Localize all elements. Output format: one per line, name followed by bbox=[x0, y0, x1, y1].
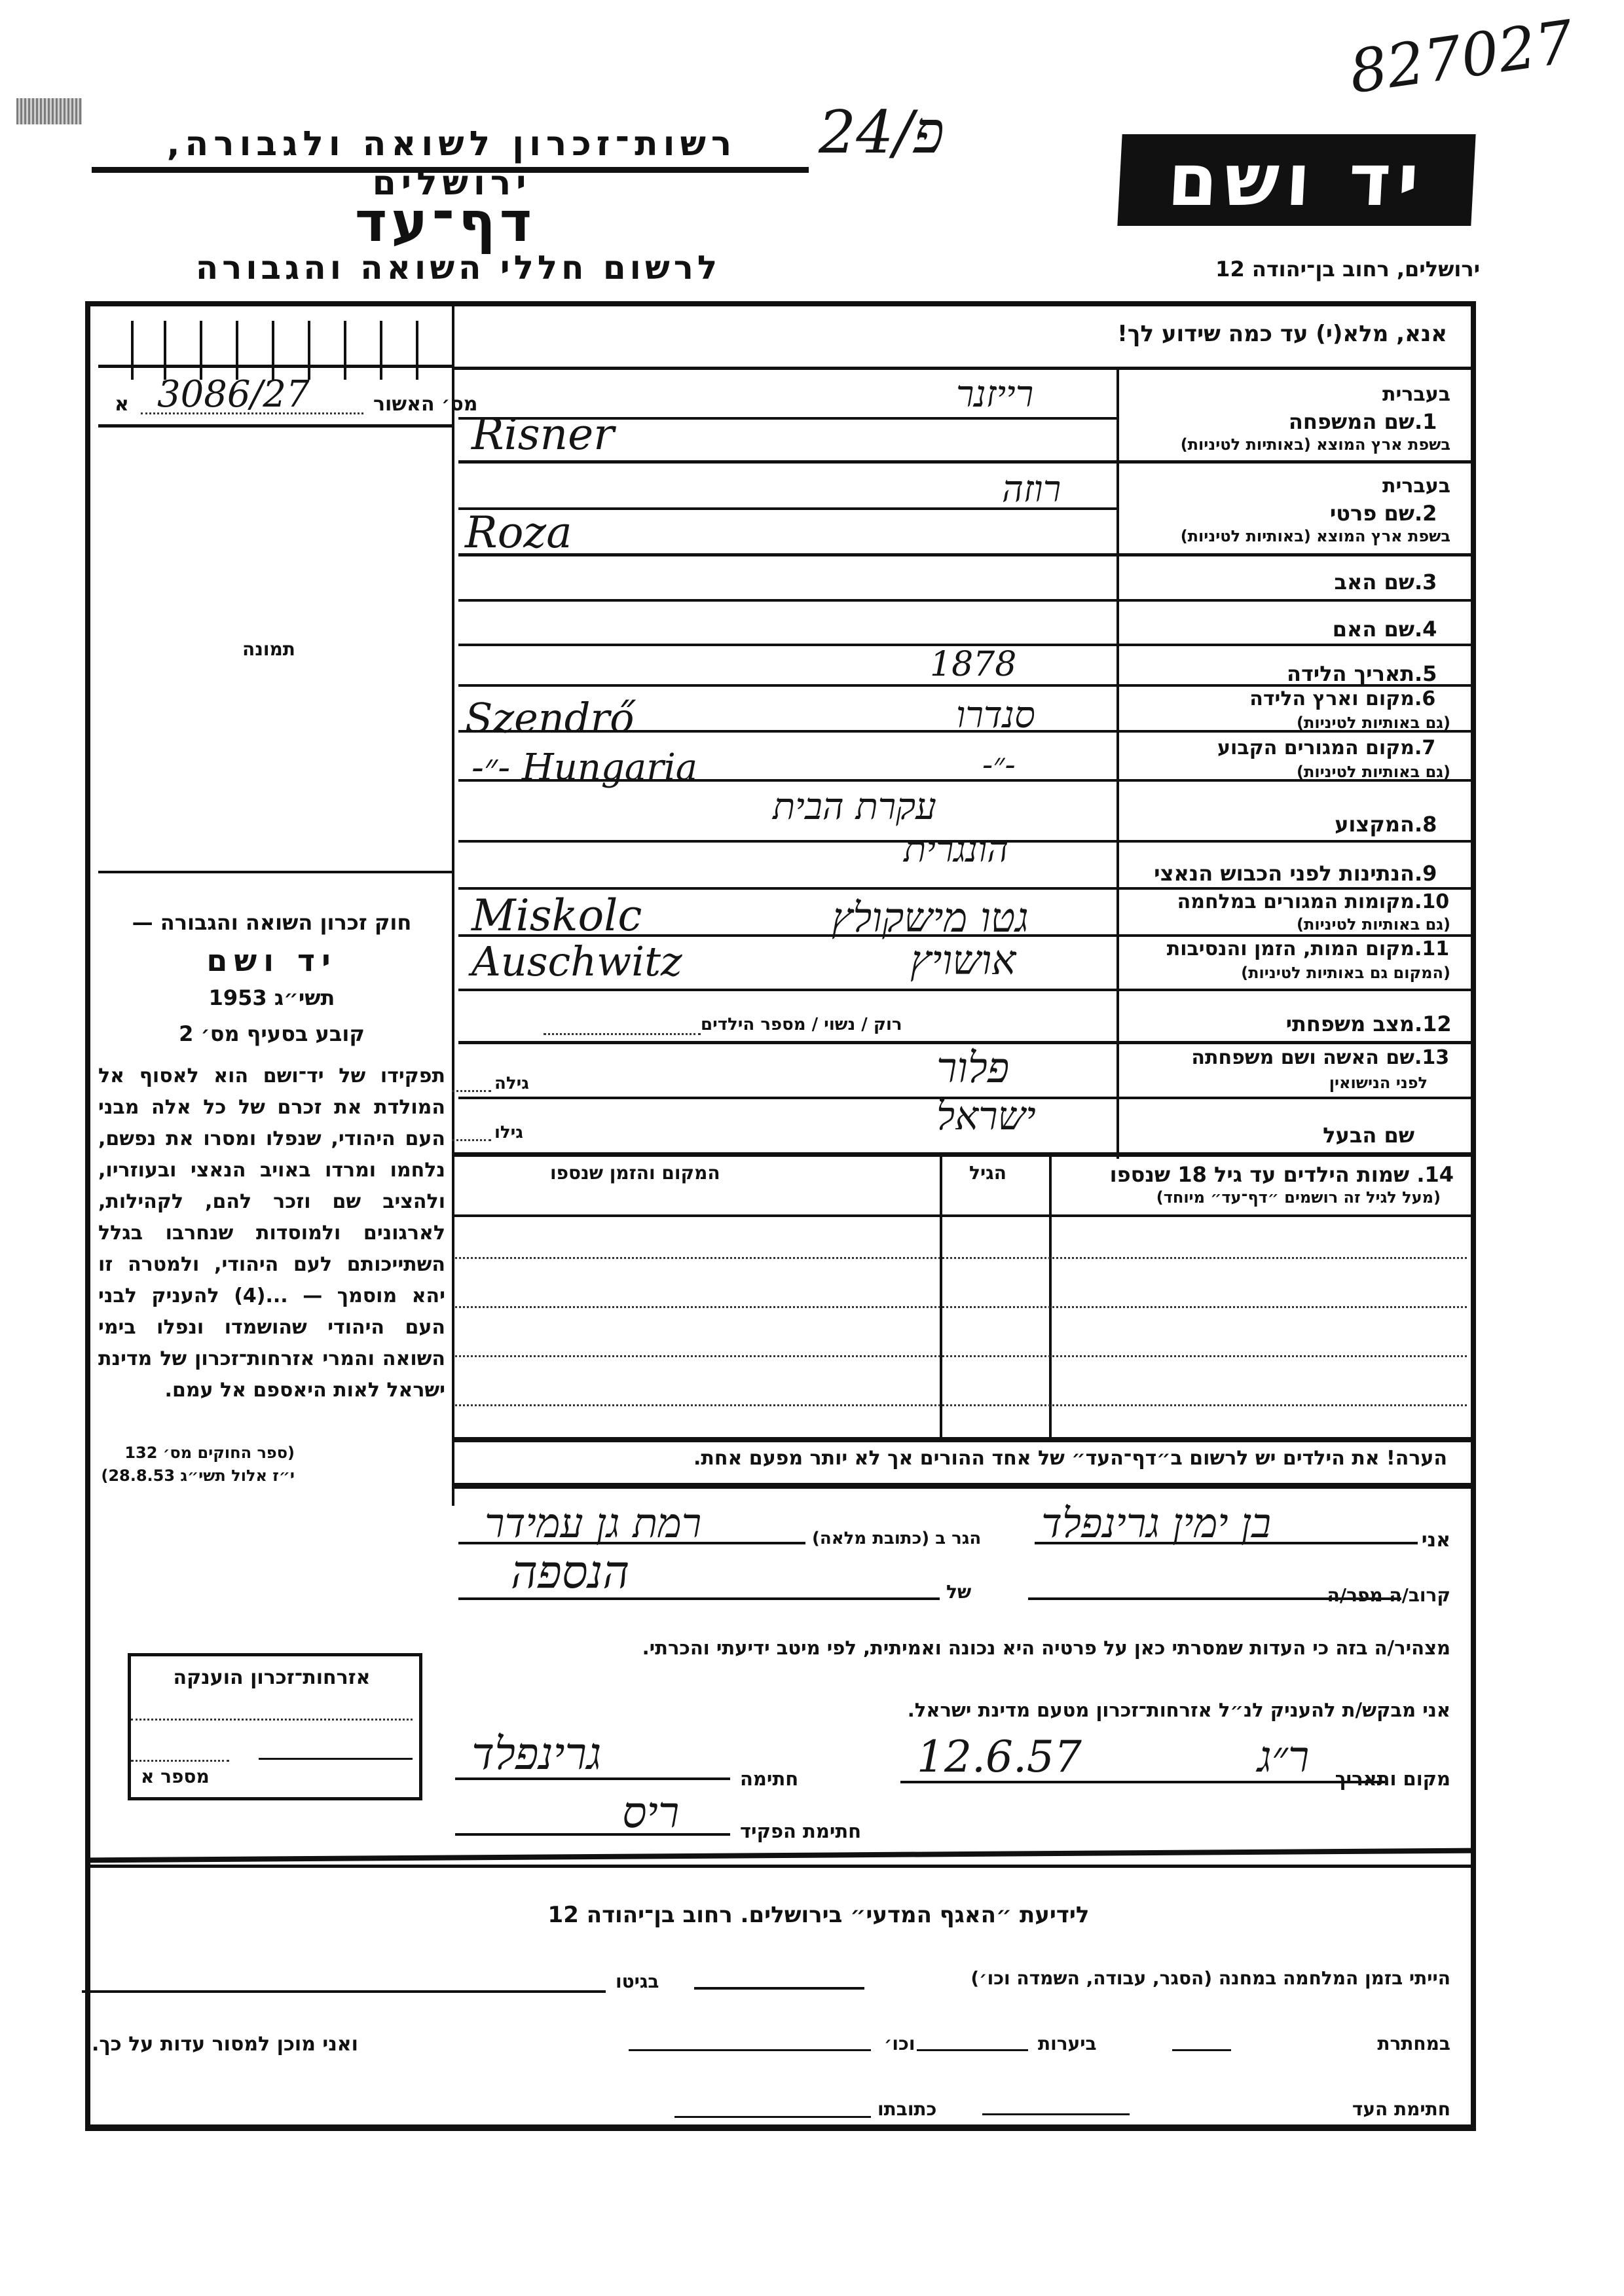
address: ירושלים, רחוב בן־יהודה 12 bbox=[1126, 257, 1480, 282]
footer-line2-c: וכו׳ bbox=[884, 2033, 915, 2054]
field-2-value-latin[interactable]: Roza bbox=[465, 507, 572, 558]
law-title: חוק זכרון השואה והגבורה — bbox=[98, 910, 445, 935]
children-sub: (מעל לגיל זה רושמים ״דף־עד״ מיוחד) bbox=[1156, 1188, 1441, 1207]
form-subtitle: לרשום חללי השואה והגבורה bbox=[164, 249, 753, 287]
footer-line1-a: הייתי בזמן המלחמה במחנה (הסגר, עבודה, הש… bbox=[970, 1967, 1450, 1989]
footer-line2-d: ואני מוכן למסור עדות על כך. bbox=[92, 2033, 358, 2056]
registration-label: מס׳ האשור bbox=[373, 393, 477, 416]
law-year: תשי״ג 1953 bbox=[98, 985, 445, 1010]
field-2-value-he[interactable]: רוזה bbox=[1002, 468, 1061, 511]
decl-signature-label: חתימה bbox=[740, 1768, 798, 1790]
frame-bottom bbox=[85, 2124, 1476, 2131]
husband-age-label: גילו bbox=[494, 1123, 523, 1142]
footer-line3-b: כתובתו bbox=[877, 2098, 936, 2120]
decl-ani-label: אני bbox=[1422, 1529, 1450, 1552]
field-11-value-latin[interactable]: Auschwitz bbox=[471, 938, 682, 985]
photo-label: תמונה bbox=[242, 638, 295, 660]
yad-vashem-logo: יד ושם bbox=[1117, 134, 1475, 226]
children-col-place-time: המקום והזמן שנספו bbox=[550, 1162, 720, 1184]
footer-line3-a: חתימת העד bbox=[1352, 2098, 1450, 2120]
field-6-value-latin[interactable]: Szendrő bbox=[465, 694, 634, 742]
field-5-value[interactable]: 1878 bbox=[930, 645, 1016, 684]
husband-value[interactable]: ישראל bbox=[936, 1093, 1036, 1139]
field-2-hint: בעברית bbox=[1382, 475, 1450, 498]
footer-line2-a: במחתרת bbox=[1377, 2033, 1450, 2054]
field-3-label: 3.שם האב bbox=[1335, 570, 1454, 594]
field-13-sub: לפני הנישואין bbox=[1329, 1074, 1428, 1092]
decl-clerk-label: חתימת הפקיד bbox=[740, 1820, 861, 1842]
field-10-sub: (גם באותיות לטיניות) bbox=[1297, 915, 1450, 934]
field-1-sub: בשפת ארץ המוצא (באותיות לטיניות) bbox=[1181, 435, 1450, 454]
frame-top bbox=[85, 301, 1473, 306]
decl-relation-label: קרוב/ה מפר/ה bbox=[1327, 1584, 1450, 1606]
decl-signature-value[interactable]: גרינפלד bbox=[471, 1728, 601, 1780]
children-row[interactable] bbox=[455, 1306, 1467, 1308]
field-8-value[interactable]: עקרת הבית bbox=[773, 786, 936, 828]
form-title: דף־עד bbox=[262, 190, 629, 254]
citizenship-number-label: מספר א bbox=[141, 1766, 210, 1787]
decl-place-date-label: מקום ותאריך bbox=[1335, 1768, 1450, 1790]
field-13-value[interactable]: פלור bbox=[936, 1044, 1009, 1093]
children-row[interactable] bbox=[455, 1257, 1467, 1259]
field-11-value-he[interactable]: אושויץ bbox=[910, 936, 1016, 985]
children-col-age: הגיל bbox=[969, 1162, 1006, 1184]
handwritten-ref-left: פ/24 bbox=[819, 98, 944, 167]
field-12-options[interactable]: רוק / נשוי / מספר הילדים bbox=[701, 1015, 902, 1034]
law-text: תפקידו של יד־ושם הוא לאסוף אל המולדת את … bbox=[98, 1061, 445, 1406]
decl-relation-value[interactable]: הנספה bbox=[511, 1545, 629, 1599]
registration-prefix: א bbox=[115, 393, 129, 416]
field-7-sub: (גם באותיות לטיניות) bbox=[1297, 763, 1450, 781]
decl-of-label: של bbox=[946, 1581, 971, 1603]
field-2-label: 2.שם פרטי bbox=[1330, 501, 1454, 526]
scan-smudge bbox=[16, 98, 82, 124]
note: הערה! את הילדים יש לרשום ב״דף־העד״ של אח… bbox=[693, 1447, 1447, 1470]
field-11-sub: (המקום גם באותיות לטיניות) bbox=[1241, 964, 1450, 982]
field-1-value-latin[interactable]: Risner bbox=[471, 409, 614, 460]
law-citation-2: י״ז אלול תשי״ג 28.8.53) bbox=[98, 1467, 295, 1485]
decl-place-value[interactable]: ר״ג bbox=[1257, 1732, 1309, 1783]
children-title: 14. שמות הילדים עד גיל 18 שנספו bbox=[1110, 1162, 1454, 1187]
law-clause: קובע בסעיף מס׳ 2 bbox=[98, 1021, 445, 1046]
decl-address-label: הגר ב (כתובת מלאה) bbox=[812, 1529, 981, 1548]
field-7-label: 7.מקום המגורים הקבוע bbox=[1217, 737, 1454, 759]
decl-address-value[interactable]: רמת גן עמידר bbox=[485, 1499, 701, 1548]
field-1-label: 1.שם המשפחה bbox=[1289, 409, 1454, 434]
field-1-hint: בעברית bbox=[1382, 383, 1450, 406]
field-6-sub: (גם באותיות לטיניות) bbox=[1297, 714, 1450, 732]
registration-number[interactable]: 3086/27 bbox=[157, 373, 310, 416]
left-col-divider bbox=[452, 301, 454, 1506]
field-7-value-he[interactable]: -״- bbox=[982, 746, 1016, 783]
field-2-sub: בשפת ארץ המוצא (באותיות לטיניות) bbox=[1181, 527, 1450, 545]
footer-line1-b: בגיטו bbox=[616, 1971, 659, 1992]
field-12-label: 12.מצב משפחתי bbox=[1286, 1011, 1454, 1036]
children-row[interactable] bbox=[455, 1404, 1467, 1406]
decl-name-value[interactable]: בן ימין גרינפלד bbox=[1041, 1499, 1271, 1548]
instruction: אנא, מלא(י) עד כמה שידוע לך! bbox=[1117, 321, 1447, 347]
field-1-value-he[interactable]: רייזנר bbox=[956, 373, 1033, 416]
children-row[interactable] bbox=[455, 1355, 1467, 1357]
husband-label: שם הבעל bbox=[1323, 1123, 1454, 1148]
law-citation-1: (ספר החוקים מס׳ 132 bbox=[98, 1444, 295, 1462]
field-8-label: 8.המקצוע bbox=[1335, 812, 1454, 837]
field-13-age-label: גילה bbox=[494, 1074, 529, 1093]
field-5-label: 5.תאריך הלידה bbox=[1287, 661, 1454, 686]
footer-title: לידיעת ״האגף המדעי״ בירושלים. רחוב בן־יה… bbox=[458, 1902, 1179, 1928]
field-9-value[interactable]: הונגרית bbox=[904, 828, 1008, 871]
field-6-label: 6.מקום וארץ הלידה bbox=[1249, 687, 1454, 710]
field-10-label: 10.מקומות המגורים במלחמה bbox=[1177, 890, 1454, 913]
law-name: יד ושם bbox=[98, 943, 445, 978]
field-10-value-latin[interactable]: Miskolc bbox=[471, 890, 642, 941]
field-13-label: 13.שם האשה ושם משפחתה bbox=[1191, 1046, 1454, 1069]
instruction-rule bbox=[452, 367, 1473, 370]
citizenship-title: אזרחות־זכרון הוענקה bbox=[138, 1666, 406, 1689]
field-11-label: 11.מקום המות, הזמן והנסיבות bbox=[1167, 938, 1454, 960]
header-rule bbox=[92, 167, 809, 173]
handwritten-ref-right: 827027 bbox=[1345, 8, 1578, 107]
field-9-label: 9.הנתינות לפני הכבוש הנאצי bbox=[1154, 861, 1454, 886]
field-7-value-latin[interactable]: -״- Hungaria bbox=[471, 746, 697, 789]
field-4-label: 4.שם האם bbox=[1333, 617, 1454, 642]
footer-line2-b: ביערות bbox=[1038, 2033, 1097, 2054]
frame-left bbox=[85, 301, 90, 2128]
decl-date-value[interactable]: 12.6.57 bbox=[917, 1732, 1082, 1782]
decl-clerk-value[interactable]: ריס bbox=[622, 1787, 679, 1838]
decl-statement: מצהיר/ה בזה כי העדות שמסרתי כאן על פרטיה… bbox=[642, 1637, 1450, 1659]
decl-request: אני מבקש/ת להעניק לנ״ל אזרחות־זכרון מטעם… bbox=[908, 1699, 1450, 1721]
